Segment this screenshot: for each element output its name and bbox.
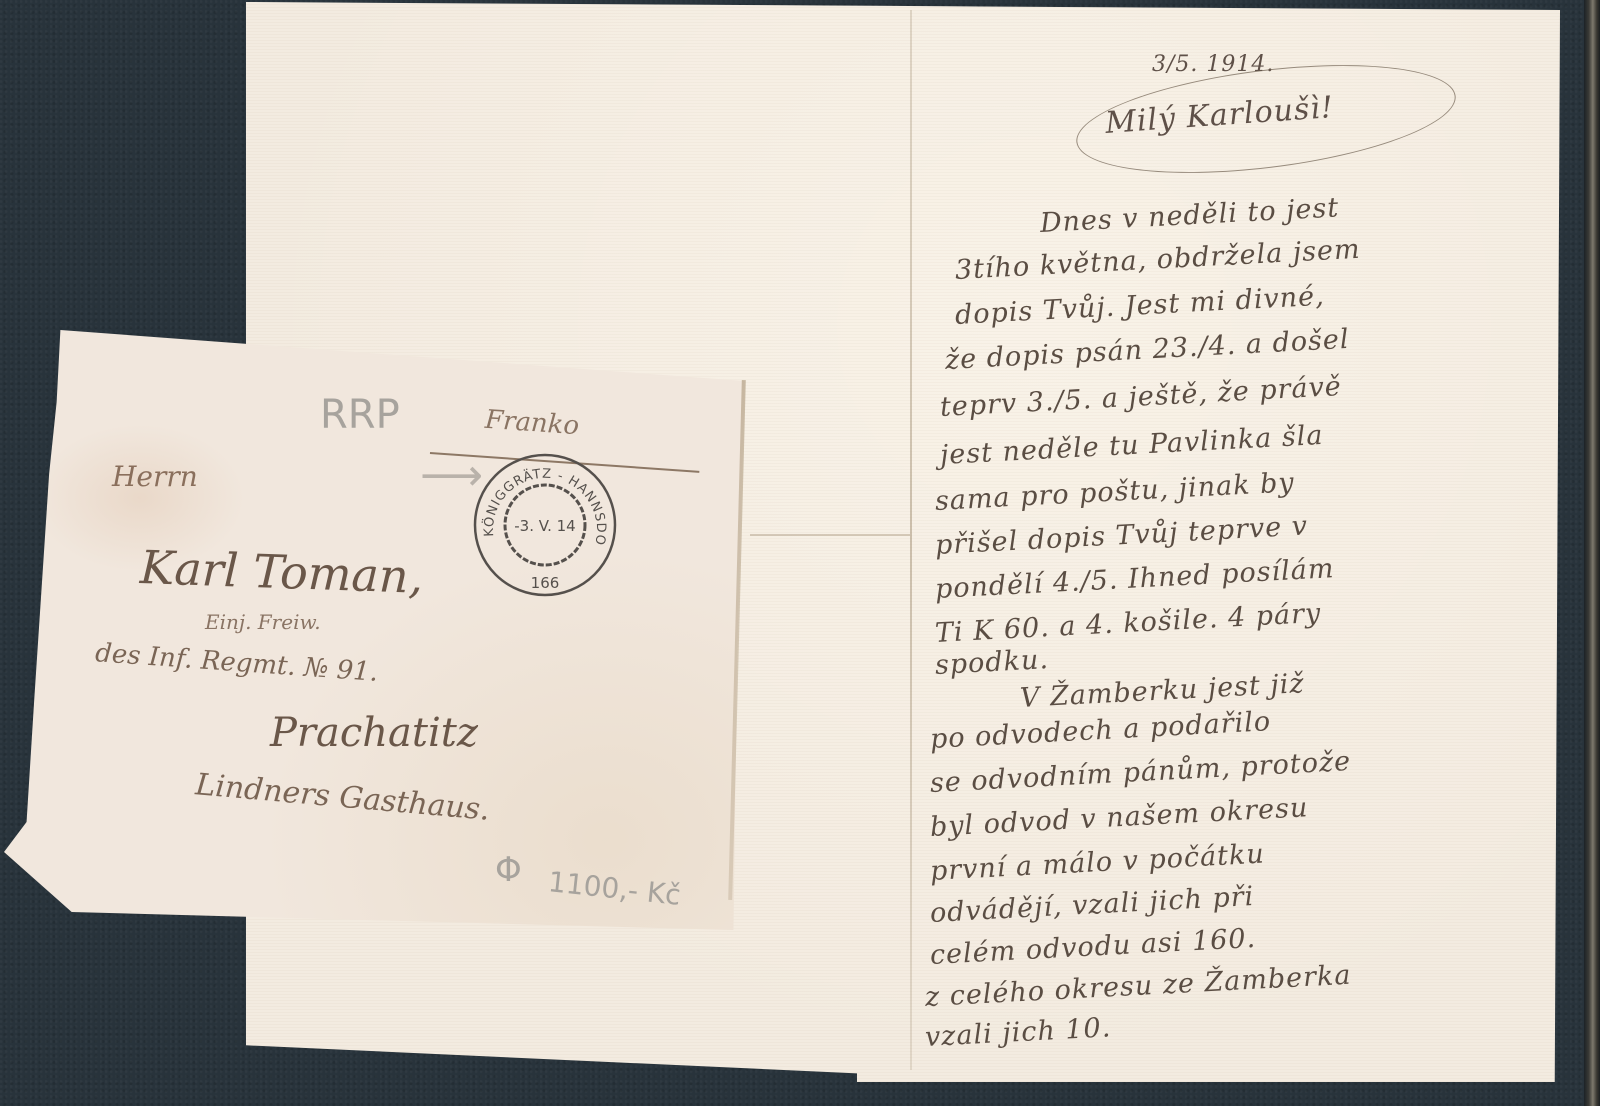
recipient-city: Prachatitz [270, 710, 478, 756]
letter-fold-crease [750, 534, 910, 536]
postmark-number: 166 [531, 574, 560, 592]
envelope-salutation: Herrn [112, 460, 198, 493]
pencil-symbol: Φ [495, 850, 522, 890]
recipient-name: Karl Toman, [139, 540, 424, 604]
letter-line: spodku. [934, 644, 1049, 681]
scanner-edge [1584, 0, 1600, 1106]
postmark-stamp: KÖNIGGRÄTZ - HANNSDORF -3. V. 14 166 [472, 452, 618, 598]
pencil-mark-rrp: RRP [320, 392, 400, 438]
letter-fold-line [910, 10, 912, 1070]
recipient-rank: Einj. Freiw. [205, 610, 321, 634]
postmark-date: -3. V. 14 [514, 517, 575, 535]
